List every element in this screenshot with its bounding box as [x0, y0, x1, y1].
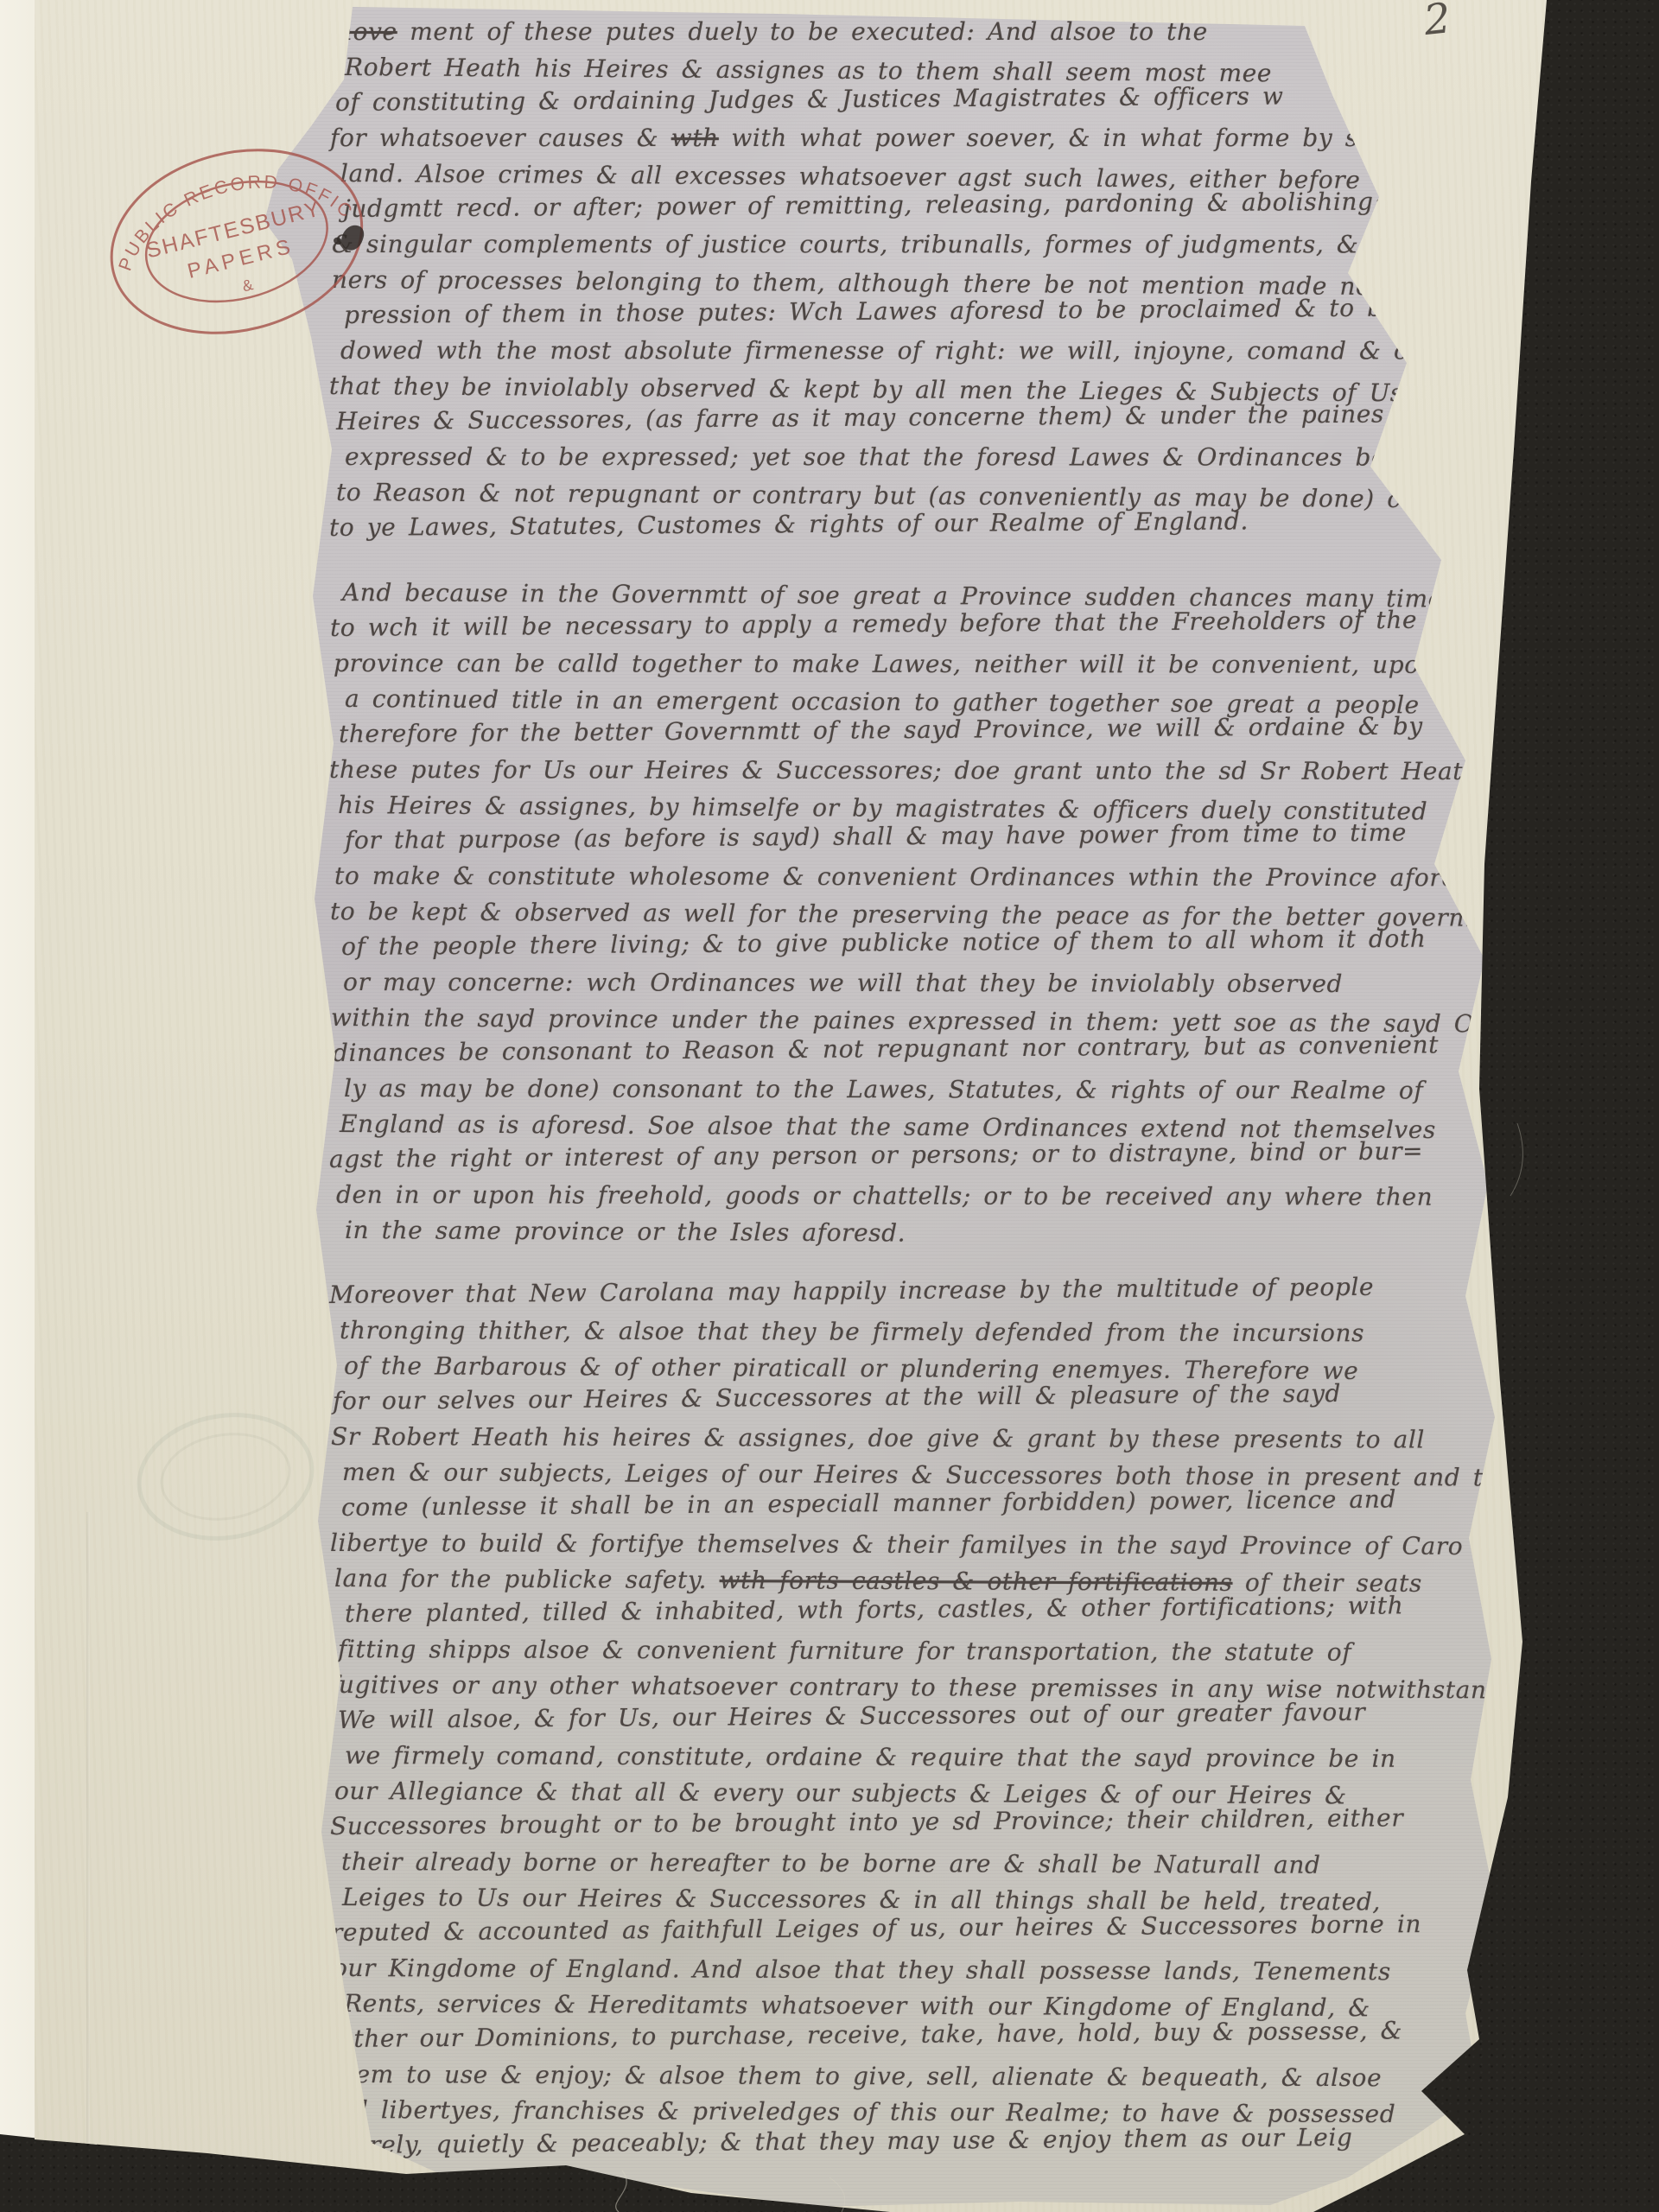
- manuscript-line: our Kingdome of England. And alsoe that …: [333, 1950, 1483, 1990]
- manuscript-line: their already borne or hereafter to be b…: [341, 1844, 1483, 1883]
- manuscript-line: to ye Lawes, Statutes, Customes & rights…: [329, 501, 1483, 545]
- manuscript-line: to make & constitute wholesome & conveni…: [334, 858, 1483, 895]
- manuscript-line: in the same province or the Isles afores…: [345, 1212, 1483, 1254]
- manuscript-line: Sr Robert Heath his heires & assignes, d…: [331, 1419, 1483, 1458]
- manuscript-paragraph: hove ment of these putes duely to be exe…: [334, 14, 1483, 545]
- stamp-bottom-symbol: &: [240, 276, 255, 295]
- manuscript-line: Heires & Successores, (as farre as it ma…: [336, 396, 1483, 439]
- manuscript-paragraph: And because in the Governmtt of soe grea…: [334, 575, 1483, 1248]
- manuscript-line: libertye to build & fortifye themselves …: [330, 1525, 1483, 1564]
- photograph-background: hove ment of these putes duely to be exe…: [0, 0, 1659, 2212]
- manuscript-line: these putes for Us our Heires & Successo…: [329, 752, 1483, 789]
- manuscript-line: of constituting & ordaining Judges & Jus…: [335, 77, 1483, 120]
- manuscript-line: judgmtt recd. or after; power of remitti…: [343, 183, 1483, 226]
- manuscript-line: ly as may be done) consonant to the Lawe…: [344, 1071, 1483, 1109]
- manuscript-line: expressed & to be expressed; yet soe tha…: [345, 439, 1483, 475]
- manuscript-paragraph: Moreover that New Carolana may happily i…: [334, 1277, 1483, 2163]
- manuscript-line: dowed wth the most absolute firmenesse o…: [340, 333, 1483, 368]
- struck-text: hove: [337, 17, 397, 46]
- manuscript-line: Moreover that New Carolana may happily i…: [329, 1268, 1483, 1313]
- manuscript-line: for that purpose (as before is sayd) sha…: [345, 814, 1483, 858]
- embossed-stamp-ghost: [128, 1401, 323, 1553]
- manuscript-line: them to use & enjoy; & alsoe them to giv…: [329, 2056, 1483, 2096]
- manuscript-page: hove ment of these putes duely to be exe…: [0, 0, 1659, 2212]
- manuscript-line: den in or upon his freehold, goods or ch…: [336, 1177, 1483, 1215]
- manuscript-line: therefore for the better Governmtt of th…: [339, 708, 1483, 752]
- manuscript-line: dinances be consonant to Reason & not re…: [333, 1027, 1483, 1071]
- manuscript-line: fitting shipps alsoe & convenient furnit…: [338, 1631, 1483, 1670]
- folio-number: 2: [1421, 0, 1495, 45]
- struck-text: wth: [671, 124, 719, 152]
- manuscript-line: province can be calld together to make L…: [334, 645, 1483, 683]
- manuscript-line: of the people there living; & to give pu…: [341, 920, 1483, 964]
- manuscript-line: to wch it will be necessary to apply a r…: [330, 601, 1483, 645]
- manuscript-line: pression of them in those putes: Wch Law…: [344, 289, 1483, 333]
- manuscript-line: or may concerne: wch Ordinances we will …: [343, 964, 1483, 1001]
- manuscript-line: we firmely comand, constitute, ordaine &…: [345, 1738, 1483, 1777]
- manuscript-line: & singular complements of justice courts…: [332, 226, 1483, 262]
- manuscript-line: agst the right or interest of any person…: [329, 1133, 1483, 1177]
- manuscript-line: hove ment of these putes duely to be exe…: [337, 14, 1483, 49]
- page-crease: [86, 1512, 90, 2152]
- manuscript-line: for whatsoever causes & wth with what po…: [330, 120, 1483, 156]
- manuscript-text: hove ment of these putes duely to be exe…: [334, 14, 1483, 2163]
- manuscript-line: thronging thither, & alsoe that they be …: [340, 1313, 1483, 1351]
